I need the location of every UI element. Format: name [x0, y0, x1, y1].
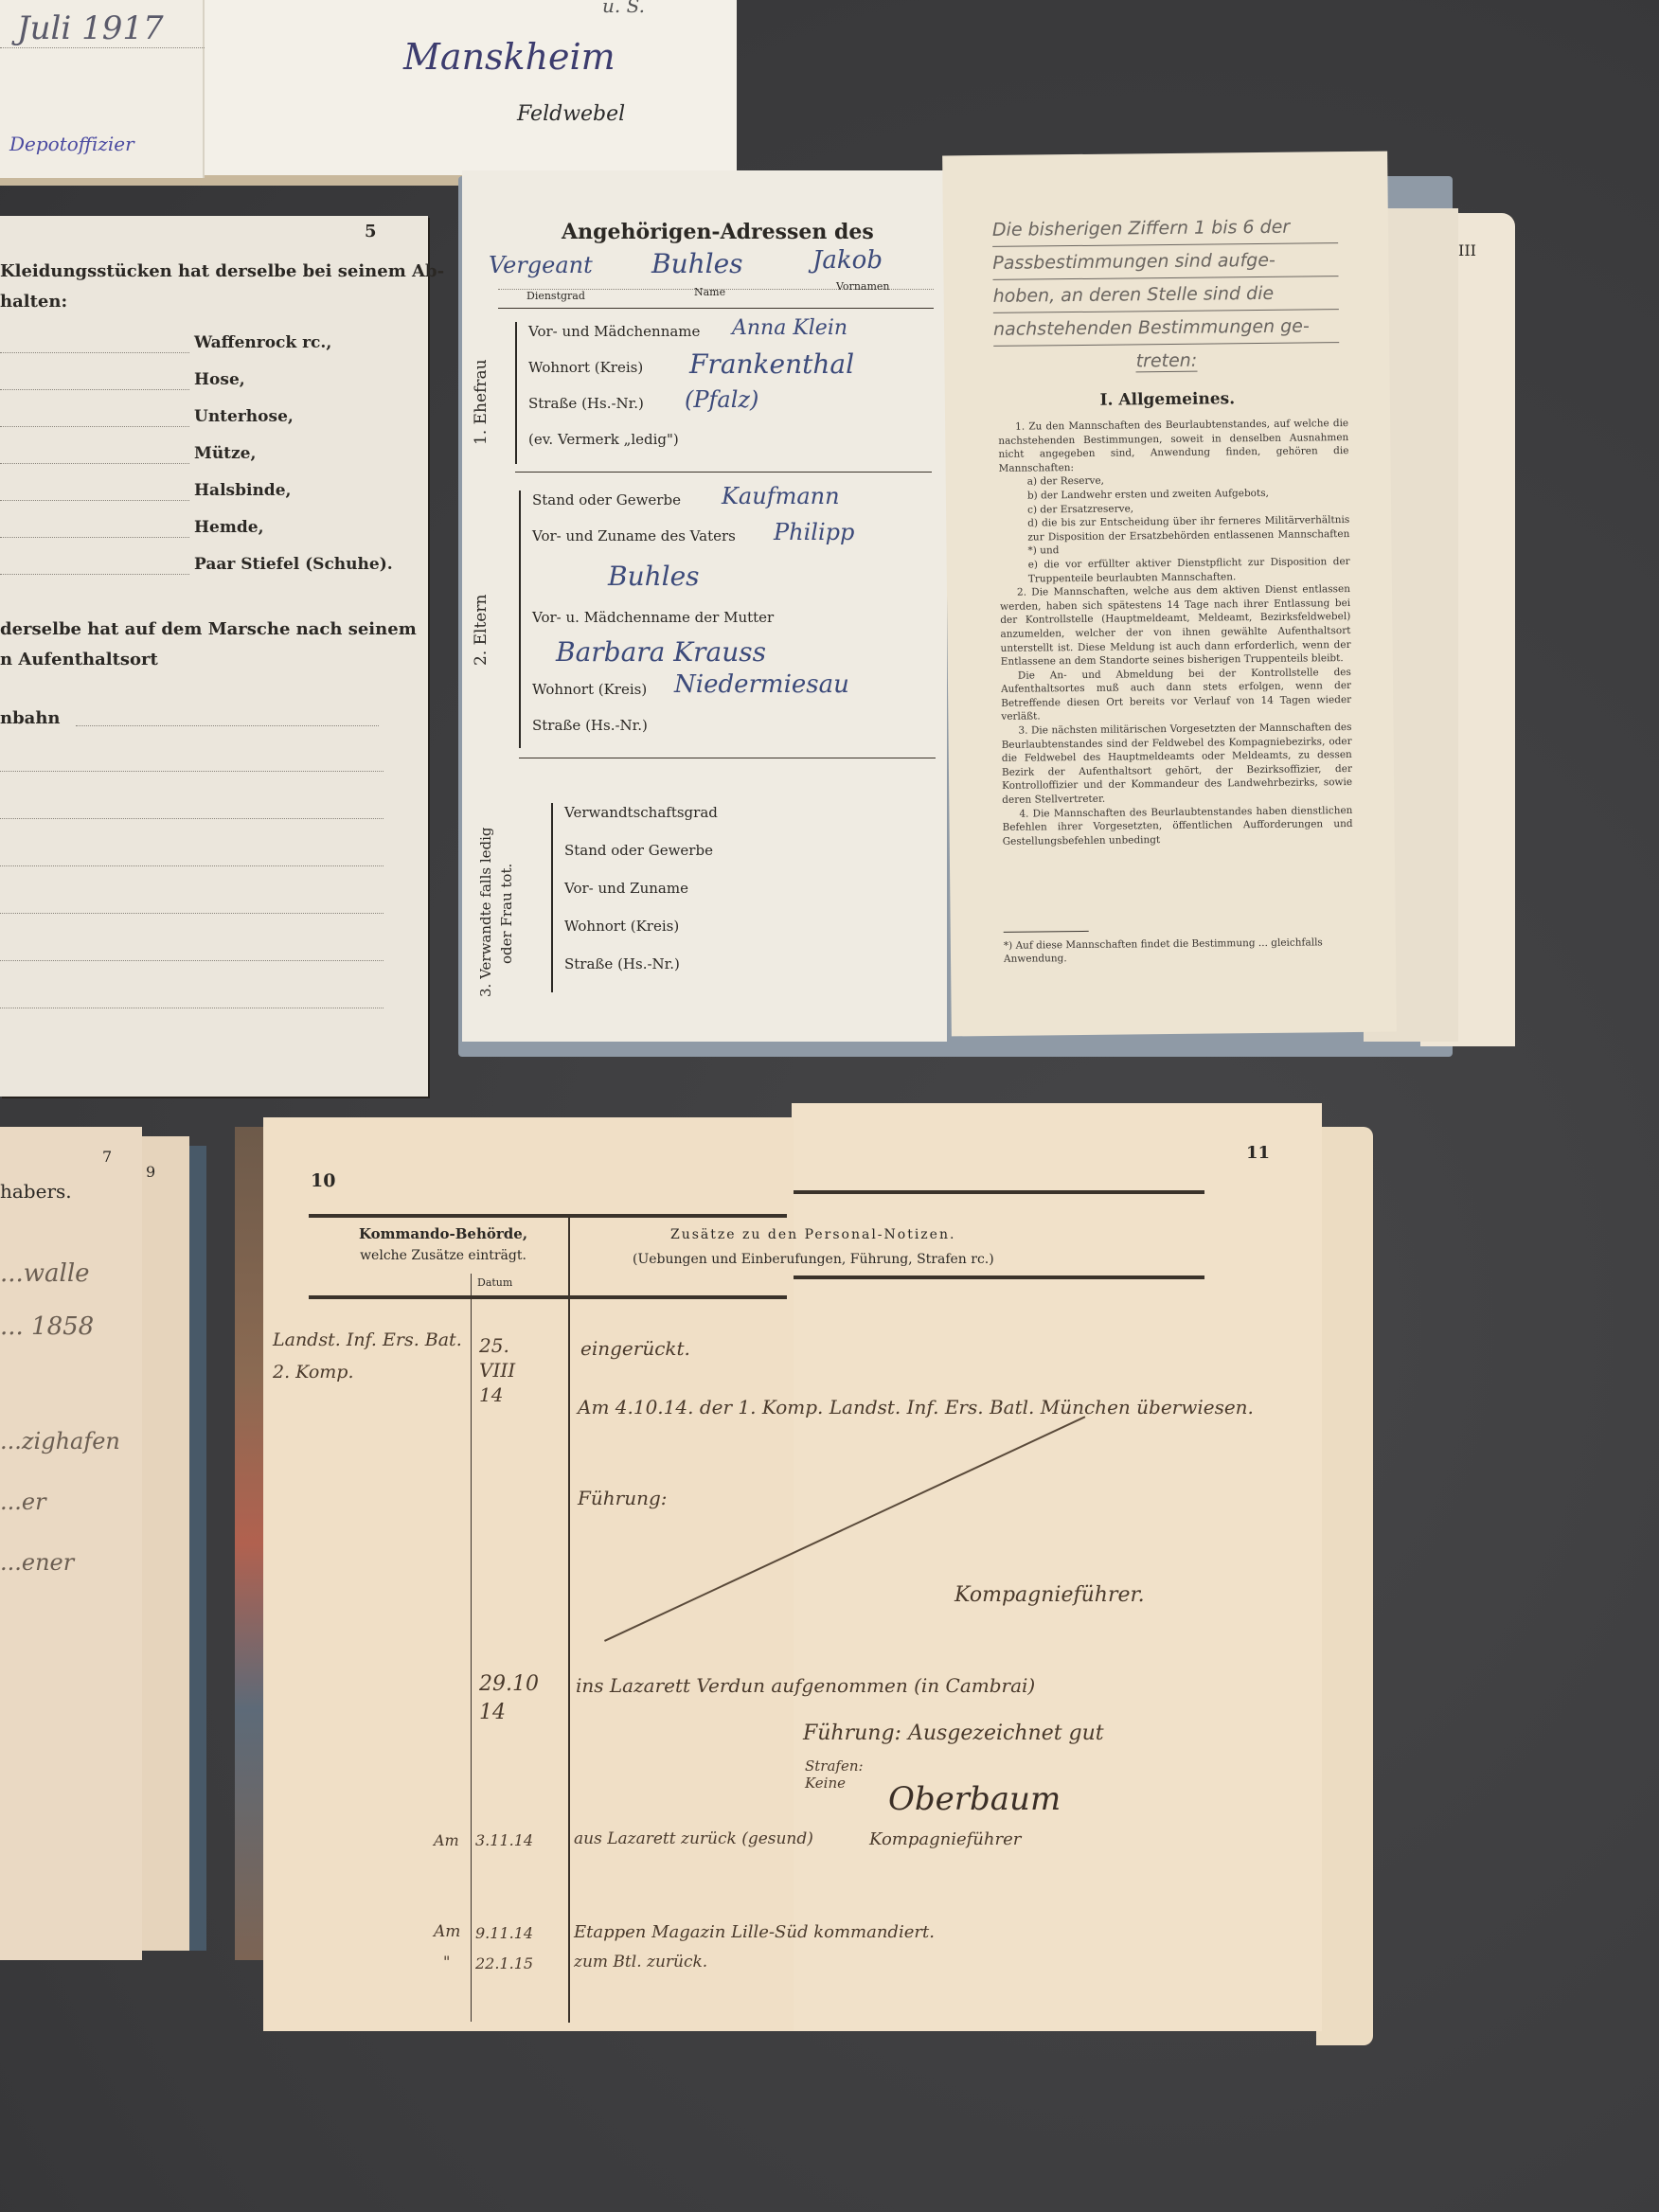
section-label: 2. Eltern: [472, 595, 491, 666]
handwritten-officer: Depotoffizier: [9, 133, 134, 155]
field-label: Wohnort (Kreis): [532, 681, 647, 698]
marbled-spine: [235, 1127, 263, 1960]
date-column-divider: [471, 1274, 472, 2022]
intro-line-2: halten:: [0, 292, 67, 312]
dotted-line: [0, 960, 384, 961]
entry-text: zum Btl. zurück.: [574, 1953, 707, 1971]
column-divider: [568, 1218, 570, 2023]
entry-authority: Am: [434, 1922, 460, 1941]
footnote: *) Auf diese Mannschaften findet die Bes…: [1004, 936, 1354, 966]
dotted-line: [0, 1008, 384, 1008]
dotted-line: [0, 500, 189, 501]
clothing-item: Paar Stiefel (Schuhe).: [194, 555, 393, 574]
section-heading: I. Allgemeines.: [945, 388, 1390, 412]
top-booklet-right-page: u. S. Manskheim Feldwebel: [205, 0, 737, 175]
dotted-line: [0, 426, 189, 427]
section-label-line-1: 3. Verwandte falls ledig: [477, 827, 494, 997]
top-fragment: u. S.: [602, 0, 645, 17]
handwriting-fragment: ...zighafen: [0, 1428, 120, 1454]
section-label: 1. Ehefrau: [472, 359, 491, 445]
label-name: Name: [694, 286, 725, 298]
regulations-text: 1. Zu den Mannschaften des Beurlaubtenst…: [998, 417, 1353, 848]
stamped-notice: Die bisherigen Ziffern 1 bis 6 der Passb…: [992, 210, 1340, 379]
clothing-item: Hose,: [194, 370, 245, 389]
section-label-line-2: oder Frau tot.: [498, 864, 515, 964]
paragraph: 4. Die Mannschaften des Beurlaubtenstand…: [1002, 804, 1352, 849]
section-eltern: 2. Eltern Stand oder GewerbeKaufmann Vor…: [519, 491, 937, 748]
section-verwandte: 3. Verwandte falls ledig oder Frau tot. …: [551, 803, 932, 992]
divider: [515, 472, 932, 473]
clothing-item: Halsbinde,: [194, 481, 291, 500]
entry-authority: Landst. Inf. Ers. Bat. 2. Komp.: [273, 1324, 462, 1388]
clothing-list: Waffenrock rc., Hose, Unterhose, Mütze, …: [0, 328, 398, 586]
paragraph: d) die bis zur Entscheidung über ihr fer…: [1027, 513, 1349, 558]
field-label: Stand oder Gewerbe: [564, 842, 713, 859]
field-label: Straße (Hs.-Nr.): [564, 955, 680, 972]
notice-line: hoben, an deren Stelle sind die: [993, 276, 1339, 313]
paragraph: 2. Die Mannschaften, welche aus dem akti…: [1000, 582, 1351, 669]
field-value: Anna Klein: [732, 316, 847, 340]
column-header-additions: Zusätze zu den Personal-Notizen.: [585, 1227, 1409, 1242]
field-value: (Pfalz): [685, 386, 758, 413]
book-b-left-page: Angehörigen-Adressen des Vergeant Buhles…: [462, 170, 947, 1042]
entry-authority: Am: [434, 1831, 459, 1849]
field-label: Stand oder Gewerbe: [532, 491, 681, 508]
entry-text: Führung: Ausgezeichnet gut: [803, 1721, 1276, 1745]
heading-fragment: habers.: [0, 1180, 72, 1203]
column-header-additions-sub: (Uebungen und Einberufungen, Führung, St…: [585, 1252, 1371, 1267]
field-label: Straße (Hs.-Nr.): [528, 395, 644, 412]
book-d-right-page: 11: [792, 1103, 1322, 2031]
field-label: Verwandtschaftsgrad: [564, 804, 718, 821]
intro-line-1: Kleidungsstücken hat derselbe bei seinem…: [0, 261, 444, 281]
field-label: Wohnort (Kreis): [528, 359, 643, 376]
field-label: Vor- u. Mädchenname der Mutter: [532, 609, 774, 626]
page-marker: III: [1458, 241, 1476, 259]
field-label: (ev. Vermerk „ledig"): [528, 431, 679, 448]
entry-date: 22.1.15: [475, 1954, 533, 1972]
handwritten-rank: Vergeant: [489, 252, 593, 278]
notice-line: nachstehenden Bestimmungen ge-: [993, 310, 1339, 347]
entry-text: Kompagnieführer.: [954, 1583, 1145, 1607]
field-value: Frankenthal: [689, 348, 854, 380]
clothing-item: Waffenrock rc.,: [194, 333, 331, 352]
entry-date: 25. VIII 14: [479, 1333, 526, 1407]
footnote-rule: [1004, 931, 1089, 933]
field-value: Barbara Krauss: [556, 636, 766, 668]
handwriting-fragment: ...er: [0, 1489, 46, 1515]
clothing-item: Mütze,: [194, 444, 256, 463]
signature: Manskheim: [403, 36, 615, 78]
entry-text: Führung:: [578, 1487, 668, 1509]
book-b-right-page: Die bisherigen Ziffern 1 bis 6 der Passb…: [942, 152, 1397, 1037]
entry-text: Kompagnieführer: [869, 1829, 1021, 1849]
dotted-line: [0, 389, 189, 390]
railway-label: nbahn: [0, 708, 61, 728]
field-label: Vor- und Zuname des Vaters: [532, 527, 736, 544]
dotted-line: [0, 463, 189, 464]
field-label: Straße (Hs.-Nr.): [532, 717, 648, 734]
dotted-line: [0, 574, 189, 575]
book-c-page: 7 habers. ...walle ... 1858 ...zighafen …: [0, 1127, 142, 1960]
dotted-line: [0, 537, 189, 538]
entry-text: Am 4.10.14. der 1. Komp. Landst. Inf. Er…: [578, 1382, 1259, 1432]
page-number: 7: [102, 1148, 112, 1166]
field-label: Wohnort (Kreis): [564, 918, 679, 935]
dotted-line: [0, 352, 189, 353]
handwriting-fragment: ... 1858: [0, 1312, 94, 1341]
entry-date: 29.10 14: [479, 1670, 555, 1727]
book-c-under-page: 9: [142, 1136, 189, 1951]
clothing-item: Unterhose,: [194, 407, 294, 426]
handwritten-name: Buhles: [651, 248, 743, 279]
paragraph: e) die vor erfüllter aktiver Dienstpflic…: [1028, 555, 1350, 586]
top-booklet-left-page: Juli 1917 Depotoffizier: [0, 0, 205, 178]
field-label: Vor- und Zuname: [564, 880, 688, 897]
divider: [519, 758, 936, 758]
entry-date: 3.11.14: [475, 1831, 533, 1849]
handwritten-first-name: Jakob: [812, 246, 883, 275]
entry-text: aus Lazarett zurück (gesund): [574, 1829, 813, 1848]
divider: [498, 308, 934, 309]
entry-text: Strafen: Keine: [805, 1757, 864, 1792]
column-header-authority-sub: welche Zusätze einträgt.: [320, 1248, 566, 1263]
march-line-1: derselbe hat auf dem Marsche nach seinem: [0, 619, 417, 639]
paragraph: 3. Die nächsten militärischen Vorgesetzt…: [1001, 721, 1352, 807]
label-rank: Dienstgrad: [526, 290, 585, 302]
signature-title: Feldwebel: [517, 102, 625, 126]
dotted-line: [0, 47, 205, 48]
signature: Oberbaum: [888, 1780, 1061, 1818]
field-value: Niedermiesau: [674, 670, 849, 699]
entry-authority: ": [443, 1953, 450, 1971]
dotted-line: [0, 818, 384, 819]
column-header-authority: Kommando-Behörde,: [320, 1225, 566, 1242]
book-a-page: 5 Kleidungsstücken hat derselbe bei sein…: [0, 216, 428, 1097]
notice-line: treten:: [1136, 350, 1198, 373]
dotted-line: [0, 771, 384, 772]
table-top-rule: [792, 1190, 1204, 1194]
entry-text: Etappen Magazin Lille-Süd kommandiert.: [574, 1922, 935, 1942]
table-top-rule: [309, 1214, 787, 1218]
field-value: Philipp: [774, 519, 854, 545]
dotted-line: [0, 865, 384, 866]
page-number: 10: [311, 1170, 335, 1191]
page-number: 11: [1246, 1143, 1270, 1163]
clothing-item: Hemde,: [194, 518, 264, 537]
paragraph: Die An- und Abmeldung bei der Kontrollst…: [1001, 666, 1352, 724]
book-d-left-page: 10 Kommando-Behörde, welche Zusätze eint…: [263, 1117, 794, 2031]
handwritten-date: Juli 1917: [17, 9, 164, 47]
page-number: 5: [365, 222, 377, 241]
column-header-date: Datum: [477, 1276, 512, 1289]
dotted-line: [0, 913, 384, 914]
field-value: Kaufmann: [722, 483, 840, 509]
table-header-rule: [309, 1295, 787, 1299]
table-header-rule: [792, 1275, 1204, 1279]
entry-text: ins Lazarett Verdun aufgenommen (in Camb…: [576, 1674, 1409, 1697]
entry-date: 9.11.14: [475, 1924, 533, 1942]
handwriting-fragment: ...ener: [0, 1549, 74, 1576]
dotted-line: [76, 725, 379, 726]
notice-line: Die bisherigen Ziffern 1 bis 6 der: [992, 210, 1338, 247]
paragraph: 1. Zu den Mannschaften des Beurlaubtenst…: [998, 417, 1349, 475]
march-line-2: n Aufenthaltsort: [0, 650, 158, 669]
field-value: Buhles: [608, 561, 700, 592]
entry-text: eingerückt.: [580, 1337, 690, 1360]
section-ehefrau: 1. Ehefrau Vor- und MädchennameAnna Klei…: [515, 322, 934, 464]
page-number: 9: [146, 1163, 155, 1181]
field-label: Vor- und Mädchenname: [528, 323, 700, 340]
label-first-name: Vornamen: [836, 280, 889, 293]
notice-line: Passbestimmungen sind aufge-: [992, 243, 1338, 280]
handwriting-fragment: ...walle: [0, 1259, 90, 1288]
page-title: Angehörigen-Adressen des: [562, 220, 874, 244]
